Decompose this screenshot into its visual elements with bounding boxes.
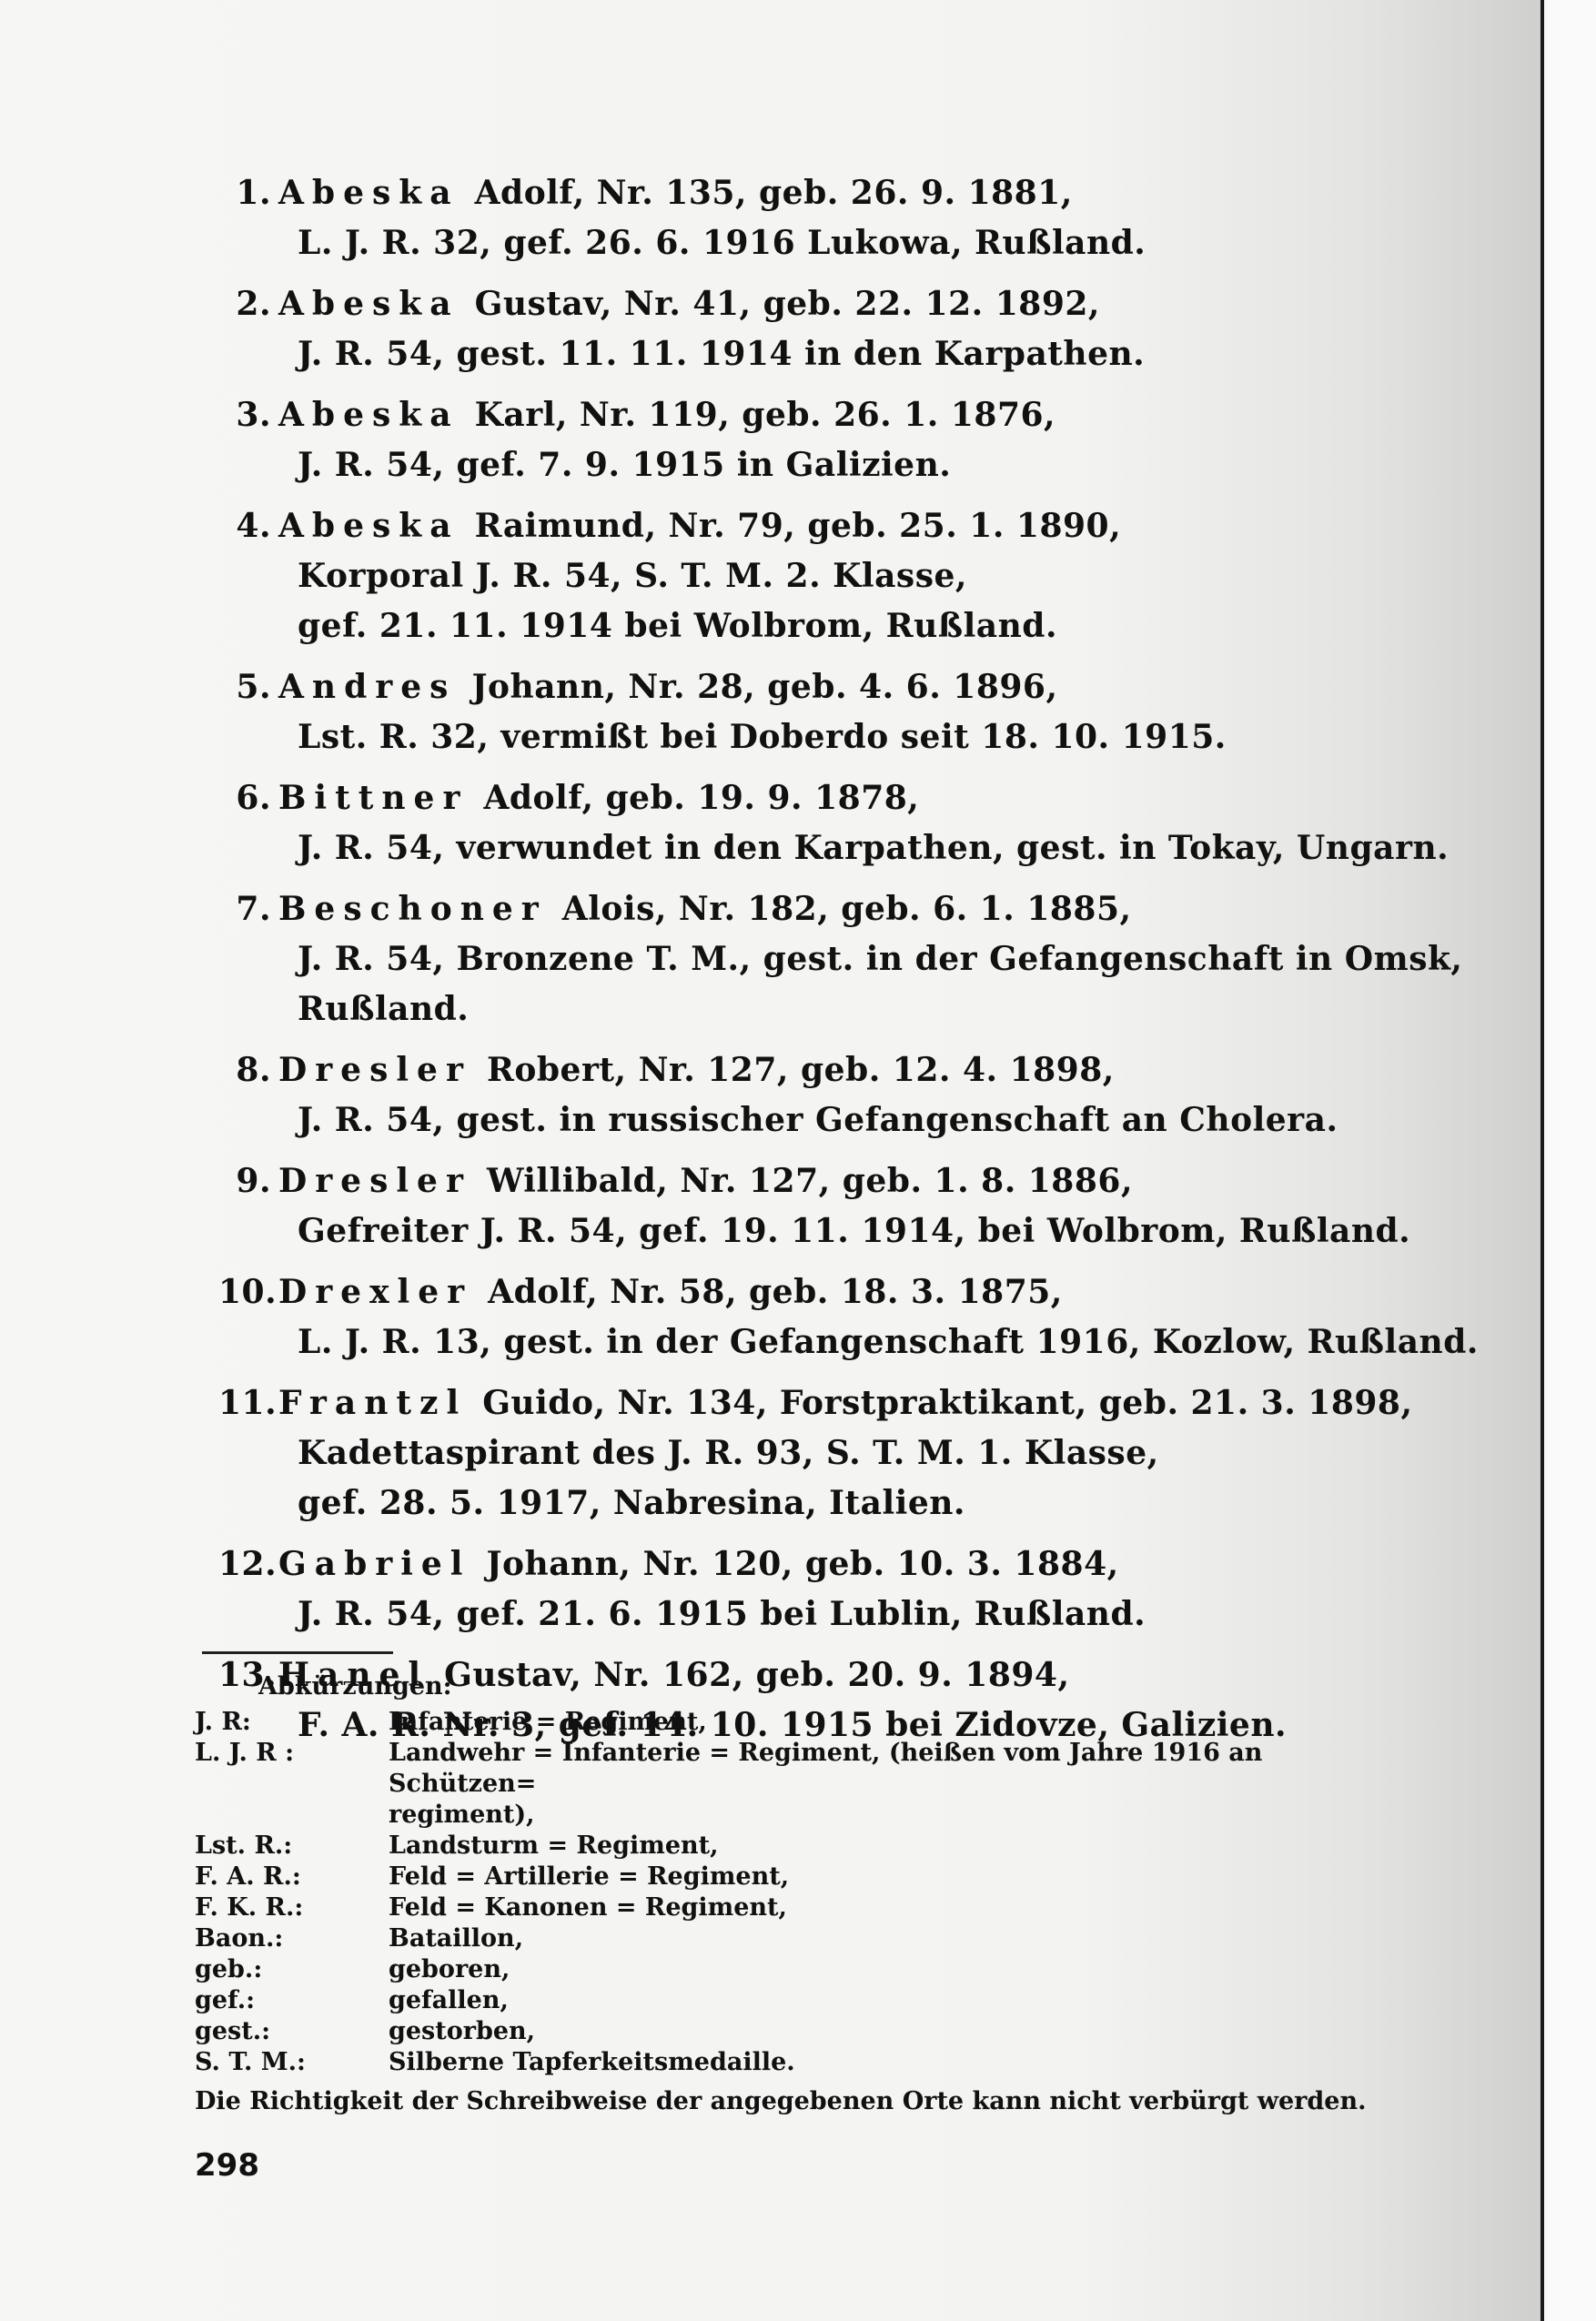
abbreviation-row: L. J. R :Landwehr = Infanterie = Regimen… — [195, 1738, 1414, 1800]
entry-number: 10. — [218, 1267, 271, 1317]
entry-line: L. J. R. 13, gest. in der Gefangenschaft… — [218, 1317, 1419, 1367]
entry-number: 12. — [218, 1539, 271, 1589]
entry-line: Gefreiter J. R. 54, gef. 19. 11. 1914, b… — [218, 1206, 1419, 1256]
list-item: 12.Gabriel Johann, Nr. 120, geb. 10. 3. … — [218, 1539, 1419, 1640]
abbreviation-row: F. K. R.:Feld = Kanonen = Regiment, — [195, 1892, 1414, 1923]
entry-number: 4. — [218, 501, 271, 551]
abbreviation-row: F. A. R.:Feld = Artillerie = Regiment, — [195, 1862, 1414, 1892]
entry-line: J. R. 54, verwundet in den Karpathen, ge… — [218, 823, 1419, 873]
entry-surname: Beschoner — [278, 890, 547, 928]
list-item: 5.Andres Johann, Nr. 28, geb. 4. 6. 1896… — [218, 662, 1419, 762]
entry-line: J. R. 54, gef. 21. 6. 1915 bei Lublin, R… — [218, 1589, 1419, 1640]
entry-line: gef. 21. 11. 1914 bei Wolbrom, Rußland. — [218, 601, 1419, 651]
abbreviation-row: gef.:gefallen, — [195, 1985, 1414, 2016]
entry-number: 7. — [218, 884, 271, 934]
entry-details: Raimund, Nr. 79, geb. 25. 1. 1890, — [475, 507, 1122, 545]
list-item: 8.Dresler Robert, Nr. 127, geb. 12. 4. 1… — [218, 1045, 1419, 1145]
abbreviation-row: S. T. M.:Silberne Tapferkeitsmedaille. — [195, 2047, 1414, 2078]
entry-line: Rußland. — [218, 984, 1419, 1034]
abbreviation-value: Feld = Artillerie = Regiment, — [389, 1862, 1414, 1892]
list-item: 11.Frantzl Guido, Nr. 134, Forstpraktika… — [218, 1378, 1419, 1529]
entry-number: 1. — [218, 168, 271, 218]
list-item: 6.Bittner Adolf, geb. 19. 9. 1878, J. R.… — [218, 773, 1419, 873]
abbreviation-value: Infanterie = Regiment, — [389, 1707, 1414, 1738]
abbreviation-key: Lst. R.: — [195, 1831, 389, 1862]
abbreviation-key: F. A. R.: — [195, 1862, 389, 1892]
entry-number: 9. — [218, 1156, 271, 1206]
entry-surname: Frantzl — [278, 1384, 467, 1422]
footnote-divider — [202, 1651, 393, 1654]
entry-line: gef. 28. 5. 1917, Nabresina, Italien. — [218, 1478, 1419, 1529]
entry-details: Robert, Nr. 127, geb. 12. 4. 1898, — [487, 1051, 1115, 1089]
entry-surname: Bittner — [278, 779, 468, 817]
entry-line: Korporal J. R. 54, S. T. M. 2. Klasse, — [218, 551, 1419, 601]
list-item: 10.Drexler Adolf, Nr. 58, geb. 18. 3. 18… — [218, 1267, 1419, 1367]
disclaimer-note: Die Richtigkeit der Schreibweise der ang… — [195, 2082, 1414, 2122]
entry-number: 6. — [218, 773, 271, 823]
abbreviation-row: geb.:geboren, — [195, 1954, 1414, 1985]
entry-line: J. R. 54, gef. 7. 9. 1915 in Galizien. — [218, 440, 1419, 490]
entry-number: 8. — [218, 1045, 271, 1095]
entry-surname: Abeska — [278, 396, 460, 434]
entry-line: J. R. 54, Bronzene T. M., gest. in der G… — [218, 934, 1419, 984]
abbreviation-key — [195, 1800, 389, 1831]
abbreviation-row: J. R:Infanterie = Regiment, — [195, 1707, 1414, 1738]
casualty-list: 1.Abeska Adolf, Nr. 135, geb. 26. 9. 188… — [218, 168, 1419, 1761]
entry-surname: Abeska — [278, 285, 460, 323]
list-item: 3.Abeska Karl, Nr. 119, geb. 26. 1. 1876… — [218, 390, 1419, 490]
abbreviation-key: gef.: — [195, 1985, 389, 2016]
entry-details: Adolf, Nr. 58, geb. 18. 3. 1875, — [488, 1273, 1063, 1311]
entry-details: Gustav, Nr. 41, geb. 22. 12. 1892, — [475, 285, 1100, 323]
scan-margin — [1544, 0, 1596, 2321]
abbreviation-value: regiment), — [389, 1800, 1414, 1831]
abbreviation-key: gest.: — [195, 2016, 389, 2047]
entry-line: Lst. R. 32, vermißt bei Doberdo seit 18.… — [218, 712, 1419, 762]
entry-details: Adolf, Nr. 135, geb. 26. 9. 1881, — [475, 174, 1073, 212]
abbreviation-value: Silberne Tapferkeitsmedaille. — [389, 2047, 1414, 2078]
entry-surname: Dresler — [278, 1162, 471, 1200]
entry-details: Johann, Nr. 28, geb. 4. 6. 1896, — [471, 668, 1057, 706]
abbreviation-key: Baon.: — [195, 1923, 389, 1954]
entry-line: J. R. 54, gest. 11. 11. 1914 in den Karp… — [218, 329, 1419, 379]
abbreviation-value: geboren, — [389, 1954, 1414, 1985]
abbreviation-key: S. T. M.: — [195, 2047, 389, 2078]
entry-surname: Drexler — [278, 1273, 472, 1311]
entry-line: Kadettaspirant des J. R. 93, S. T. M. 1.… — [218, 1428, 1419, 1478]
abbreviations-section: Abkürzungen: J. R:Infanterie = Regiment,… — [195, 1667, 1414, 2122]
entry-surname: Abeska — [278, 507, 460, 545]
abbreviation-key: geb.: — [195, 1954, 389, 1985]
entry-details: Willibald, Nr. 127, geb. 1. 8. 1886, — [487, 1162, 1133, 1200]
abbreviation-value: Bataillon, — [389, 1923, 1414, 1954]
abbreviation-key: J. R: — [195, 1707, 389, 1738]
entry-details: Johann, Nr. 120, geb. 10. 3. 1884, — [487, 1545, 1119, 1583]
entry-details: Karl, Nr. 119, geb. 26. 1. 1876, — [475, 396, 1056, 434]
entry-surname: Dresler — [278, 1051, 471, 1089]
abbreviation-value: Landwehr = Infanterie = Regiment, (heiße… — [389, 1738, 1414, 1800]
abbreviation-row: regiment), — [195, 1800, 1414, 1831]
list-item: 2.Abeska Gustav, Nr. 41, geb. 22. 12. 18… — [218, 279, 1419, 379]
abbreviation-value: Feld = Kanonen = Regiment, — [389, 1892, 1414, 1923]
page-number: 298 — [195, 2147, 259, 2184]
abbreviation-value: gestorben, — [389, 2016, 1414, 2047]
entry-surname: Abeska — [278, 174, 460, 212]
list-item: 9.Dresler Willibald, Nr. 127, geb. 1. 8.… — [218, 1156, 1419, 1256]
abbreviations-title: Abkürzungen: — [195, 1667, 1414, 1707]
entry-line: J. R. 54, gest. in russischer Gefangensc… — [218, 1095, 1419, 1145]
entry-surname: Gabriel — [278, 1545, 470, 1583]
entry-surname: Andres — [278, 668, 456, 706]
abbreviation-value: Landsturm = Regiment, — [389, 1831, 1414, 1862]
entry-number: 11. — [218, 1378, 271, 1428]
abbreviation-key: F. K. R.: — [195, 1892, 389, 1923]
abbreviation-row: gest.:gestorben, — [195, 2016, 1414, 2047]
list-item: 4.Abeska Raimund, Nr. 79, geb. 25. 1. 18… — [218, 501, 1419, 651]
entry-details: Adolf, geb. 19. 9. 1878, — [483, 779, 919, 817]
abbreviation-row: Baon.:Bataillon, — [195, 1923, 1414, 1954]
entry-details: Alois, Nr. 182, geb. 6. 1. 1885, — [562, 890, 1132, 928]
entry-number: 2. — [218, 279, 271, 329]
entry-details: Guido, Nr. 134, Forstpraktikant, geb. 21… — [482, 1384, 1412, 1422]
entry-number: 3. — [218, 390, 271, 440]
abbreviation-row: Lst. R.:Landsturm = Regiment, — [195, 1831, 1414, 1862]
abbreviation-value: gefallen, — [389, 1985, 1414, 2016]
entry-number: 5. — [218, 662, 271, 712]
abbreviation-key: L. J. R : — [195, 1738, 389, 1800]
list-item: 1.Abeska Adolf, Nr. 135, geb. 26. 9. 188… — [218, 168, 1419, 268]
entry-line: L. J. R. 32, gef. 26. 6. 1916 Lukowa, Ru… — [218, 218, 1419, 268]
list-item: 7.Beschoner Alois, Nr. 182, geb. 6. 1. 1… — [218, 884, 1419, 1034]
